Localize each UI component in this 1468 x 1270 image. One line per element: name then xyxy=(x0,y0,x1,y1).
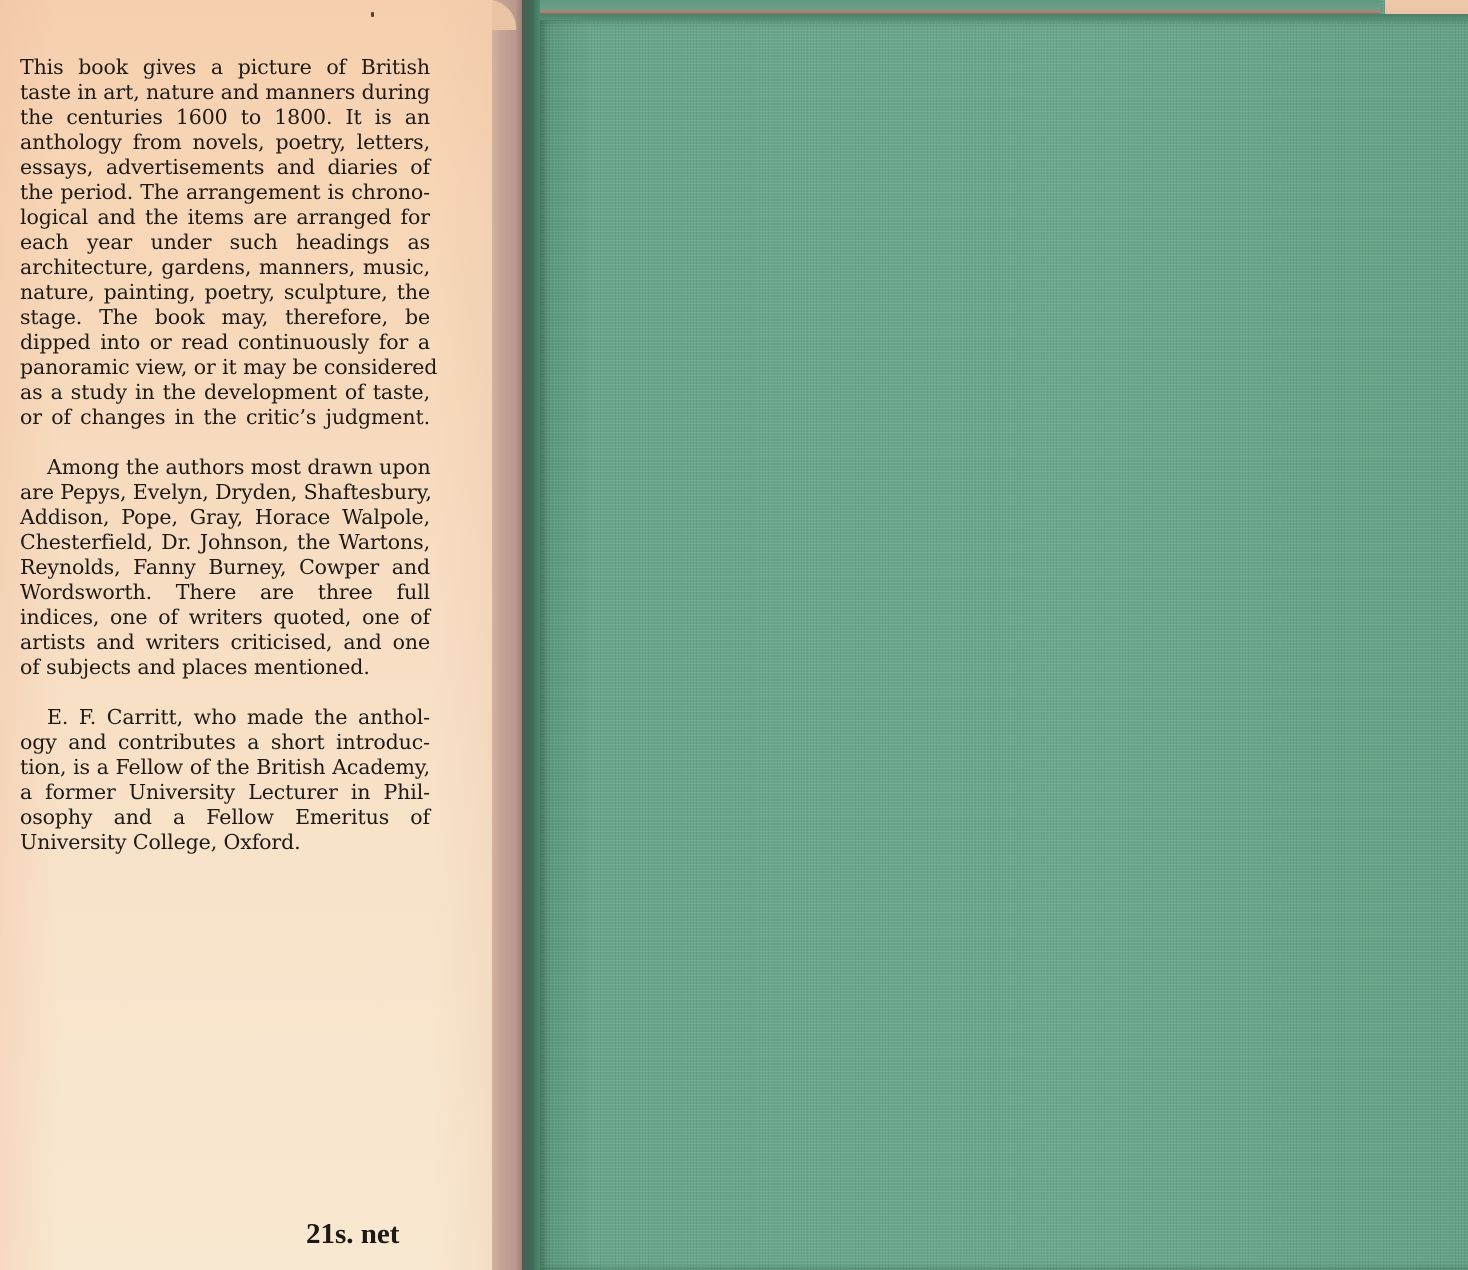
blurb-line: a former University Lecturer in Phil- xyxy=(20,780,430,805)
jacket-flap-fold xyxy=(488,0,522,1270)
blurb-line: Reynolds, Fanny Burney, Cowper and xyxy=(20,555,430,580)
blurb-paragraph-description: This book gives a picture of British tas… xyxy=(20,55,430,430)
blurb-line: Wordsworth. There are three full xyxy=(20,580,430,605)
blurb-paragraph-authors: Among the authors most drawn upon are Pe… xyxy=(20,455,430,680)
blurb-line: E. F. Carritt, who made the anthol- xyxy=(20,705,430,730)
blurb-line: anthology from novels, poetry, letters, xyxy=(20,130,430,155)
cover-board-surface xyxy=(537,20,1468,1270)
blurb-line: indices, one of writers quoted, one of xyxy=(20,605,430,630)
blurb-line: This book gives a picture of British xyxy=(20,55,430,80)
paper-speck xyxy=(371,12,374,17)
blurb-line: stage. The book may, therefore, be xyxy=(20,305,430,330)
blurb-line: University College, Oxford. xyxy=(20,830,430,855)
blurb-line: the period. The arrangement is chrono- xyxy=(20,180,430,205)
blurb-line: tion, is a Fellow of the British Academy… xyxy=(20,755,430,780)
blurb-line: ogy and contributes a short introduc- xyxy=(20,730,430,755)
hinge-shadow xyxy=(520,0,540,1270)
blurb-line: nature, painting, poetry, sculpture, the xyxy=(20,280,430,305)
blurb-line: or of changes in the critic’s judgment. xyxy=(20,405,430,430)
blurb-line: are Pepys, Evelyn, Dryden, Shaftesbury, xyxy=(20,480,430,505)
blurb-line: architecture, gardens, manners, music, xyxy=(20,255,430,280)
blurb-line: taste in art, nature and manners during xyxy=(20,80,430,105)
book-top-edge xyxy=(540,0,1380,14)
blurb-line: Chesterfield, Dr. Johnson, the Wartons, xyxy=(20,530,430,555)
blurb-line: dipped into or read continuously for a xyxy=(20,330,430,355)
blurb-line: the centuries 1600 to 1800. It is an xyxy=(20,105,430,130)
price-label: 21s. net xyxy=(306,1218,399,1251)
blurb-line: Addison, Pope, Gray, Horace Walpole, xyxy=(20,505,430,530)
blurb-line: Among the authors most drawn upon xyxy=(20,455,430,480)
flap-blurb: This book gives a picture of British tas… xyxy=(20,55,430,880)
blurb-line: of subjects and places mentioned. xyxy=(20,655,430,680)
blurb-line: each year under such headings as xyxy=(20,230,430,255)
blurb-paragraph-editor: E. F. Carritt, who made the anthol- ogy … xyxy=(20,705,430,855)
blurb-line: essays, advertisements and diaries of xyxy=(20,155,430,180)
blurb-line: artists and writers criticised, and one xyxy=(20,630,430,655)
blurb-line: osophy and a Fellow Emeritus of xyxy=(20,805,430,830)
blurb-line: as a study in the development of taste, xyxy=(20,380,430,405)
book-photo-scene: This book gives a picture of British tas… xyxy=(0,0,1468,1270)
blurb-line: logical and the items are arranged for xyxy=(20,205,430,230)
blurb-line: panoramic view, or it may be considered xyxy=(20,355,430,380)
